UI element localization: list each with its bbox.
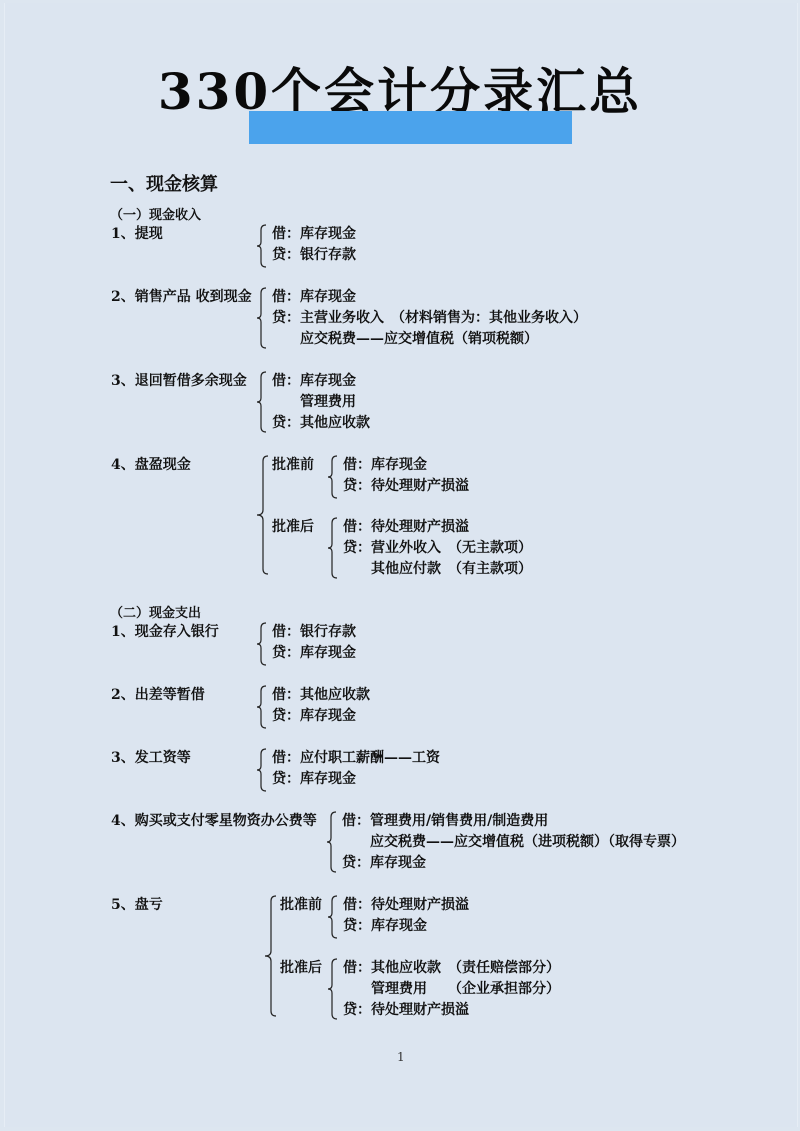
- brace-icon: [256, 371, 268, 433]
- entry-line: 贷：银行存款: [272, 246, 356, 264]
- entry-line: 管理费用: [272, 393, 356, 411]
- entry-line: 贷：待处理财产损溢: [343, 477, 469, 495]
- entry-label: 5、盘亏: [111, 896, 163, 914]
- entry-line: 贷：其他应收款: [272, 414, 370, 432]
- entry-line: 贷：库存现金: [272, 770, 356, 788]
- page-number: 1: [397, 1050, 405, 1064]
- brace-icon: [327, 958, 339, 1020]
- entry-line: 借：管理费用/销售费用/制造费用: [342, 812, 548, 830]
- entry-line: 贷：营业外收入 （无主款项）: [343, 539, 532, 557]
- entry-label: 3、发工资等: [111, 749, 191, 767]
- entry-line: 借：银行存款: [272, 623, 356, 641]
- entry-line: 贷：库存现金: [343, 917, 427, 935]
- brace-icon: [256, 685, 268, 729]
- approval-stage-label: 批准后: [272, 518, 314, 536]
- approval-stage-label: 批准前: [280, 896, 322, 914]
- brace-icon: [326, 811, 338, 873]
- brace-icon: [256, 622, 268, 666]
- entry-label: 3、退回暂借多余现金: [111, 372, 247, 390]
- entry-line: 借：库存现金: [343, 456, 427, 474]
- entry-line: 贷：待处理财产损溢: [343, 1001, 469, 1019]
- outer-brace-icon: [264, 895, 278, 1017]
- entry-line: 借：库存现金: [272, 288, 356, 306]
- brace-icon: [327, 517, 339, 579]
- approval-stage-label: 批准后: [280, 959, 322, 977]
- entry-line: 借：待处理财产损溢: [343, 896, 469, 914]
- entry-line: 贷：库存现金: [272, 707, 356, 725]
- brace-icon: [327, 455, 339, 499]
- entry-line: 借：应付职工薪酬——工资: [272, 749, 440, 767]
- entry-line: 贷：主营业务收入 （材料销售为：其他业务收入）: [272, 309, 587, 327]
- brace-icon: [256, 224, 268, 268]
- brace-icon: [256, 748, 268, 792]
- entry-line: 管理费用 （企业承担部分）: [343, 980, 560, 998]
- entry-line: 借：库存现金: [272, 225, 356, 243]
- entry-line: 借：其他应收款 （责任赔偿部分）: [343, 959, 560, 977]
- subsection-heading-cash-payments: （二）现金支出: [110, 602, 201, 621]
- brace-icon: [327, 895, 339, 939]
- entry-line: 借：其他应收款: [272, 686, 370, 704]
- entry-line: 应交税费——应交增值税（进项税额）（取得专票）: [342, 833, 685, 851]
- entry-line: 借：库存现金: [272, 372, 356, 390]
- entry-label: 1、提现: [111, 225, 163, 243]
- entry-label: 4、盘盈现金: [111, 456, 191, 474]
- title-underline-bar: [249, 111, 572, 144]
- entry-line: 借：待处理财产损溢: [343, 518, 469, 536]
- entry-label: 1、现金存入银行: [111, 623, 219, 641]
- brace-icon: [256, 287, 268, 349]
- entry-line: 贷：库存现金: [342, 854, 426, 872]
- entry-line: 其他应付款 （有主款项）: [343, 560, 532, 578]
- approval-stage-label: 批准前: [272, 456, 314, 474]
- section-heading-cash-accounting: 一、现金核算: [110, 170, 218, 196]
- entry-line: 应交税费——应交增值税（销项税额）: [272, 330, 538, 348]
- entry-label: 4、购买或支付零星物资办公费等: [111, 812, 317, 830]
- entry-label: 2、出差等暂借: [111, 686, 205, 704]
- outer-brace-icon: [256, 455, 270, 575]
- entry-line: 贷：库存现金: [272, 644, 356, 662]
- entry-label: 2、销售产品 收到现金: [111, 288, 252, 306]
- subsection-heading-cash-receipts: （一）现金收入: [110, 204, 201, 223]
